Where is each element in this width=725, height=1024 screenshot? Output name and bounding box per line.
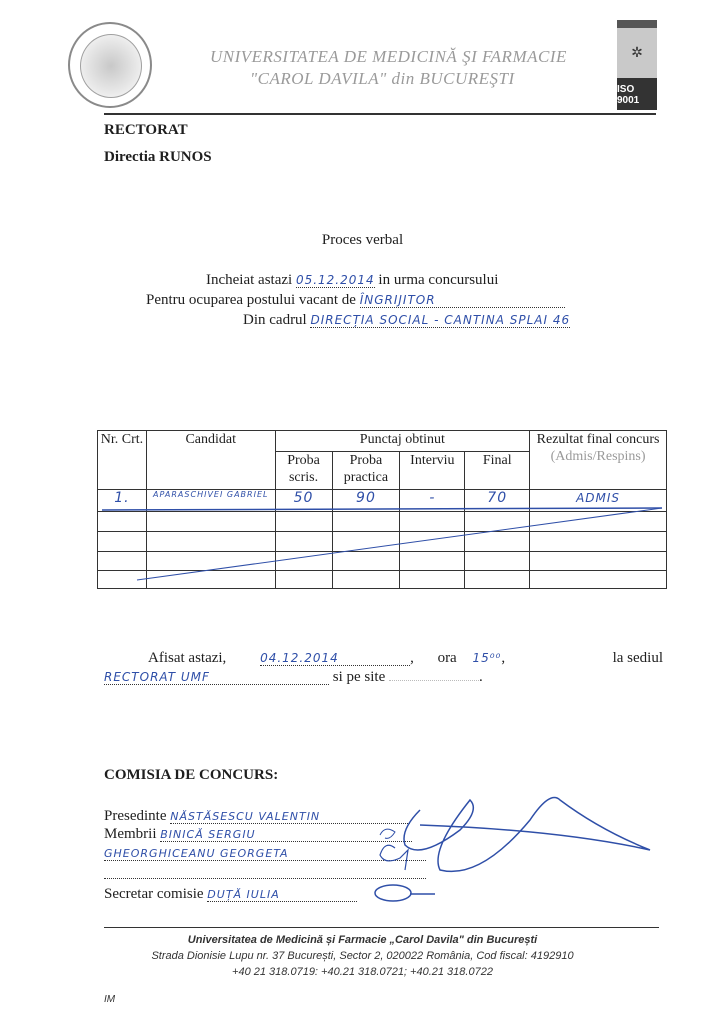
iso-certification-logo: ✲ ISO 9001	[617, 20, 657, 110]
posted-time: 15⁰⁰	[472, 651, 501, 665]
footer-address: Universitatea de Medicină și Farmacie „C…	[0, 932, 725, 980]
posting-line-1: Afisat astazi, 04.12.2014, ora 15⁰⁰, la …	[148, 650, 663, 667]
department-value: DIRECȚIA SOCIAL - CANTINA SPLAI 46	[310, 313, 570, 328]
table-header-row: Nr. Crt. Candidat Punctaj obtinut Rezult…	[98, 431, 667, 452]
department-heading: RECTORAT	[104, 122, 188, 139]
header-candidate: Candidat	[146, 431, 275, 490]
cert-star-icon: ✲	[617, 28, 657, 78]
university-seal	[68, 22, 152, 108]
header-interview: Interviu	[400, 452, 465, 490]
department-line: Din cadrul DIRECȚIA SOCIAL - CANTINA SPL…	[243, 312, 570, 329]
committee-heading: COMISIA DE CONCURS:	[104, 767, 278, 784]
header-score-group: Punctaj obtinut	[275, 431, 530, 452]
secretary-line: Secretar comisie DUȚĂ IULIA	[104, 886, 357, 903]
initials: IM	[104, 994, 115, 1005]
posted-location: RECTORAT UMF	[104, 670, 329, 685]
footer-divider	[104, 927, 659, 928]
strike-through-line	[97, 505, 669, 585]
header-practical: Proba practica	[332, 452, 400, 490]
posting-line-2: RECTORAT UMF si pe site .	[104, 669, 483, 686]
concluded-line: Incheiat astazi 05.12.2014 in urma concu…	[206, 272, 498, 289]
header-result: Rezultat final concurs (Admis/Respins)	[530, 431, 667, 490]
header-final: Final	[465, 452, 530, 490]
position-value: ÎNGRIJITOR	[360, 293, 565, 308]
header-nr: Nr. Crt.	[98, 431, 147, 490]
signature-marks	[360, 770, 660, 905]
header-written: Proba scris.	[275, 452, 332, 490]
header-divider	[104, 113, 656, 115]
university-name: UNIVERSITATEA DE MEDICINĂ ŞI FARMACIE "C…	[210, 46, 610, 90]
document-title: Proces verbal	[0, 232, 725, 249]
directorate-heading: Directia RUNOS	[104, 149, 212, 166]
posted-date: 04.12.2014	[260, 651, 410, 666]
secretary-name: DUȚĂ IULIA	[207, 888, 357, 902]
concluded-date: 05.12.2014	[296, 273, 375, 288]
position-line: Pentru ocuparea postului vacant de ÎNGRI…	[146, 292, 565, 309]
